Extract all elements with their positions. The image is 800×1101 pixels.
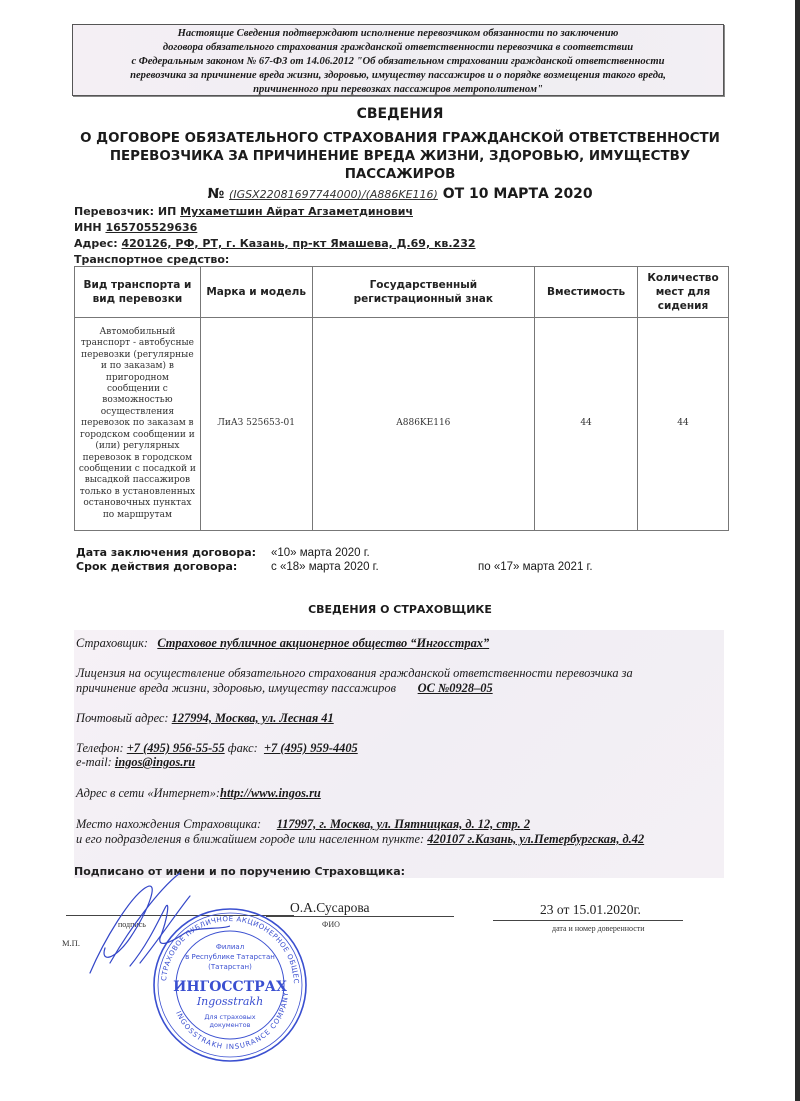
table-header-row: Вид транспорта и вид перевозки Марка и м…: [75, 267, 729, 318]
col-header-capacity: Вместимость: [535, 267, 638, 318]
address-row: Адрес: 420126, РФ, РТ, г. Казань, пр-кт …: [74, 236, 476, 252]
cell-kind: Автомобильный транспорт - автобусные пер…: [75, 318, 201, 531]
phone-label: Телефон:: [76, 741, 124, 755]
license-text: причинение вреда жизни, здоровью, имущес…: [76, 681, 396, 695]
subtitle-line: ПАССАЖИРОВ: [60, 166, 740, 184]
contract-date: ОТ 10 МАРТА 2020: [443, 186, 593, 202]
number-sign: №: [207, 186, 224, 202]
branch-label: и его подразделения в ближайшем городе и…: [76, 832, 424, 846]
insurer-name: Страховое публичное акционерное общество…: [157, 636, 489, 650]
fax-label: факс:: [228, 741, 258, 755]
notice-line: Настоящие Сведения подтверждают исполнен…: [73, 27, 723, 41]
col-header-kind: Вид транспорта и вид перевозки: [75, 267, 201, 318]
poa-caption: дата и номер доверенности: [552, 924, 645, 933]
scan-edge: [795, 0, 800, 1101]
postal-address: 127994, Москва, ул. Лесная 41: [172, 711, 334, 725]
term-from: с «18» марта 2020 г.: [271, 560, 379, 574]
notice-line: с Федеральным законом № 67-ФЗ от 14.06.2…: [73, 55, 723, 69]
web-label: Адрес в сети «Интернет»:: [76, 786, 220, 800]
insurer-info: Страховщик: Страховое публичное акционер…: [74, 630, 724, 878]
license-number: ОС №0928–05: [418, 681, 493, 695]
inn-value: 165705529636: [105, 221, 197, 234]
legal-notice-box: Настоящие Сведения подтверждают исполнен…: [72, 24, 724, 96]
notice-line: причиненного при перевозках пассажиров м…: [73, 83, 723, 97]
email-label: e-mail:: [76, 755, 112, 769]
svg-text:Для страховых: Для страховых: [204, 1013, 255, 1021]
branch-row: и его подразделения в ближайшем городе и…: [76, 832, 644, 847]
branch-address: 420107 г.Казань, ул.Петербургская, д.42: [427, 832, 644, 846]
subtitle-line: ПЕРЕВОЗЧИКА ЗА ПРИЧИНЕНИЕ ВРЕДА ЖИЗНИ, З…: [60, 148, 740, 166]
document-subtitle: О ДОГОВОРЕ ОБЯЗАТЕЛЬНОГО СТРАХОВАНИЯ ГРА…: [60, 130, 740, 184]
carrier-name: Мухаметшин Айрат Агзаметдинович: [180, 205, 413, 218]
insurer-label: Страховщик:: [76, 636, 148, 650]
document-title: СВЕДЕНИЯ: [60, 106, 740, 122]
cell-plate: A886KE116: [312, 318, 535, 531]
license-row: причинение вреда жизни, здоровью, имущес…: [76, 681, 493, 696]
license-line: Лицензия на осуществление обязательного …: [76, 666, 633, 681]
phone-row: Телефон: +7 (495) 956-55-55 факс: +7 (49…: [76, 741, 358, 756]
notice-line: договора обязательного страхования гражд…: [73, 41, 723, 55]
inn-label: ИНН: [74, 221, 102, 234]
svg-text:ИНГОССТРАХ: ИНГОССТРАХ: [173, 979, 287, 995]
email-row: e-mail: ingos@ingos.ru: [76, 755, 195, 770]
web-link[interactable]: http://www.ingos.ru: [220, 786, 321, 800]
cell-seats: 44: [638, 318, 729, 531]
email-link[interactable]: ingos@ingos.ru: [115, 755, 195, 769]
web-row: Адрес в сети «Интернет»:http://www.ingos…: [76, 786, 321, 801]
location-row: Место нахождения Страховщика: 117997, г.…: [76, 817, 530, 832]
svg-text:Ingosstrakh: Ingosstrakh: [196, 995, 263, 1008]
subtitle-line: О ДОГОВОРЕ ОБЯЗАТЕЛЬНОГО СТРАХОВАНИЯ ГРА…: [60, 130, 740, 148]
col-header-plate: Государственный регистрационный знак: [312, 267, 535, 318]
carrier-row: Перевозчик: ИП Мухаметшин Айрат Агзаметд…: [74, 204, 476, 220]
term-to: по «17» марта 2021 г.: [478, 560, 593, 574]
concluded-label: Дата заключения договора:: [76, 546, 256, 560]
svg-text:документов: документов: [210, 1021, 251, 1029]
insurer-section-title: СВЕДЕНИЯ О СТРАХОВЩИКЕ: [60, 603, 740, 616]
poa-value: 23 от 15.01.2020г.: [540, 902, 641, 918]
fax-value: +7 (495) 959-4405: [264, 741, 358, 755]
term-label: Срок действия договора:: [76, 560, 237, 574]
poa-line: [493, 920, 683, 921]
inn-row: ИНН 165705529636: [74, 220, 476, 236]
policy-number: (IGSX22081697744000)/(A886KE116): [229, 188, 438, 201]
insurer-row: Страховщик: Страховое публичное акционер…: [76, 636, 489, 651]
contract-number: № (IGSX22081697744000)/(A886KE116) ОТ 10…: [60, 186, 740, 202]
vehicles-table: Вид транспорта и вид перевозки Марка и м…: [74, 266, 729, 531]
carrier-label: Перевозчик: ИП: [74, 205, 176, 218]
carrier-info: Перевозчик: ИП Мухаметшин Айрат Агзаметд…: [74, 204, 476, 268]
location-value: 117997, г. Москва, ул. Пятницкая, д. 12,…: [277, 817, 530, 831]
col-header-seats: Количество мест для сидения: [638, 267, 729, 318]
cell-model: ЛиАЗ 525653-01: [200, 318, 312, 531]
handwritten-signature-icon: [70, 868, 230, 978]
postal-label: Почтовый адрес:: [76, 711, 169, 725]
phone-link[interactable]: +7 (495) 956-55-55: [127, 741, 225, 755]
col-header-model: Марка и модель: [200, 267, 312, 318]
name-caption: ФИО: [322, 920, 340, 929]
table-row: Автомобильный транспорт - автобусные пер…: [75, 318, 729, 531]
address-value: 420126, РФ, РТ, г. Казань, пр-кт Ямашева…: [122, 237, 476, 250]
location-label: Место нахождения Страховщика:: [76, 817, 261, 831]
cell-capacity: 44: [535, 318, 638, 531]
concluded-value: «10» марта 2020 г.: [271, 546, 370, 560]
postal-row: Почтовый адрес: 127994, Москва, ул. Лесн…: [76, 711, 334, 726]
notice-line: перевозчика за причинение вреда жизни, з…: [73, 69, 723, 83]
address-label: Адрес:: [74, 237, 118, 250]
